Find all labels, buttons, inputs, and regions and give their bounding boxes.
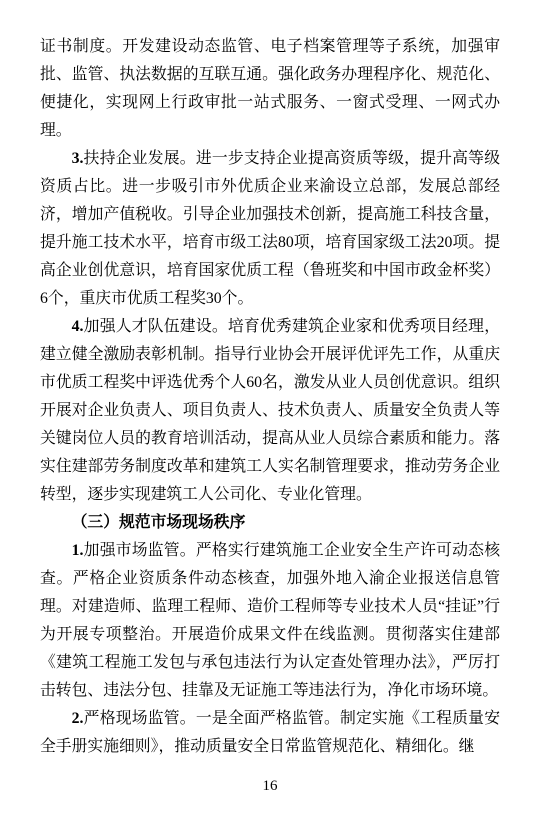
page-number: 16 <box>40 775 500 797</box>
paragraph-text: 加强市场监管。严格实行建筑施工企业安全生产许可动态核查。严格企业资质条件动态核查… <box>40 542 500 699</box>
item-number: 4. <box>72 318 84 335</box>
paragraph-item-1: 1.加强市场监管。严格实行建筑施工企业安全生产许可动态核查。严格企业资质条件动态… <box>40 537 500 705</box>
paragraph-text: 严格现场监管。一是全面严格监管。制定实施《工程质量安全手册实施细则》，推动质量安… <box>40 710 500 755</box>
paragraph-item-2: 2.严格现场监管。一是全面严格监管。制定实施《工程质量安全手册实施细则》，推动质… <box>40 705 500 761</box>
document-body: 证书制度。开发建设动态监管、电子档案管理等子系统，加强审批、监管、执法数据的互联… <box>40 33 500 761</box>
item-number: 2. <box>72 710 84 727</box>
paragraph-item-3: 3.扶持企业发展。进一步支持企业提高资质等级，提升高等级资质占比。进一步吸引市外… <box>40 145 500 313</box>
paragraph-continuation: 证书制度。开发建设动态监管、电子档案管理等子系统，加强审批、监管、执法数据的互联… <box>40 33 500 145</box>
item-number: 1. <box>72 542 84 559</box>
paragraph-item-4: 4.加强人才队伍建设。培育优秀建筑企业家和优秀项目经理，建立健全激励表彰机制。指… <box>40 313 500 509</box>
paragraph-text: 加强人才队伍建设。培育优秀建筑企业家和优秀项目经理，建立健全激励表彰机制。指导行… <box>40 318 500 503</box>
paragraph-text: 证书制度。开发建设动态监管、电子档案管理等子系统，加强审批、监管、执法数据的互联… <box>40 38 500 139</box>
section-heading: （三）规范市场现场秩序 <box>40 509 500 537</box>
item-number: 3. <box>72 150 84 167</box>
paragraph-text: 扶持企业发展。进一步支持企业提高资质等级，提升高等级资质占比。进一步吸引市外优质… <box>40 150 500 307</box>
document-page: 证书制度。开发建设动态监管、电子档案管理等子系统，加强审批、监管、执法数据的互联… <box>0 0 533 820</box>
